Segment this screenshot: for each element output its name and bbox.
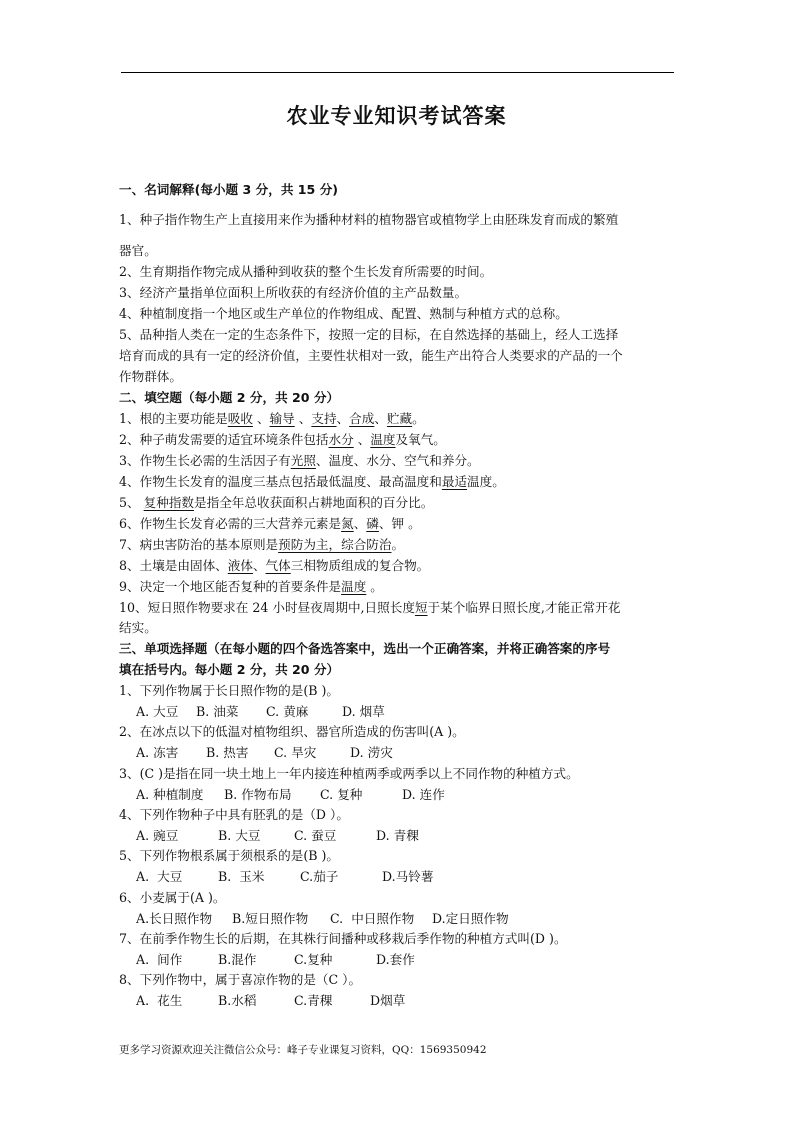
question-text: 8、土壤是由固体、 [119, 558, 228, 573]
definition-item-cont: 器官。 [119, 243, 157, 259]
section-heading-2: 二、填空题（每小题 2 分，共 20 分） [119, 390, 339, 406]
answer-blank: 磷 [366, 516, 379, 531]
question-text: 及氧气。 [396, 432, 446, 447]
option: B. 大豆 [218, 828, 294, 844]
question-text: 3、作物生长必需的生活因子有 [119, 453, 291, 468]
question-text: 是指全年总收获面积占耕地面积的百分比。 [194, 495, 433, 510]
separator: 、 [253, 411, 270, 426]
option: A. 间作 [136, 952, 218, 968]
mc-options: A. 冻害B. 热害C. 旱灾D. 涝灾 [136, 745, 393, 761]
mc-options: A. 花生B.水稻C.青稞D烟草 [136, 993, 405, 1009]
option: A.长日照作物 [136, 911, 232, 927]
answer-blank: 合成 [349, 411, 374, 426]
mc-question: 4、下列作物种子中具有胚乳的是（D ）。 [119, 807, 349, 823]
definition-emphasis: 器官或植物学上由胚珠发育而成的 [404, 212, 593, 227]
answer-blank: 贮藏 [387, 411, 412, 426]
option: D.马铃薯 [382, 869, 433, 885]
option: A. 大豆 [136, 704, 196, 720]
option: D. 青稞 [376, 828, 419, 844]
section-heading-1: 一、名词解释(每小题 3 分，共 15 分) [119, 182, 338, 198]
question-text: 。 [412, 411, 425, 426]
option: D. 烟草 [342, 704, 385, 720]
mc-question: 2、在冰点以下的低温对植物组织、器官所造成的伤害叫(A )。 [119, 724, 465, 740]
question-text: 、钾 。 [379, 516, 421, 531]
fill-blank-item: 7、病虫害防治的基本原则是预防为主，综合防治。 [119, 537, 404, 553]
answer-blank: 输导 [270, 411, 295, 426]
question-text: 4、作物生长发育的温度三基点包括最低温度、最高温度和 [119, 474, 442, 489]
answer-blank: 光照 [291, 453, 316, 468]
header-rule [121, 72, 674, 73]
option: C. 旱灾 [274, 745, 350, 761]
mc-options: A. 大豆B. 玉米C.茄子D.马铃薯 [136, 869, 433, 885]
definition-text: 繁殖 [593, 212, 618, 227]
option: A. 豌豆 [136, 828, 218, 844]
answer-blank: 预防为主，综合防治 [278, 537, 391, 552]
definition-item-cont: 培育而成的具有一定的经济价值，主要性状相对一致，能生产出符合人类要求的产品的一个 [119, 348, 623, 364]
mc-options: A. 豌豆B. 大豆C. 蚕豆D. 青稞 [136, 828, 419, 844]
option: A. 冻害 [136, 745, 206, 761]
question-text: 于某个临界日照长度,才能正常开花 [428, 600, 621, 615]
fill-blank-item: 2、种子萌发需要的适宜环境条件包括水分 、温度及氧气。 [119, 432, 446, 448]
option: D.定日照作物 [432, 911, 509, 927]
question-text: 。 [391, 537, 404, 552]
definition-item: 1、种子指作物生产上直接用来作为播种材料的植物器官或植物学上由胚珠发育而成的繁殖 [119, 212, 618, 228]
definition-text: 1、种子指作物生产上直接用来作为播种材料的植物 [119, 212, 404, 227]
option: A. 种植制度 [136, 787, 224, 803]
section-heading-3-cont: 填在括号内。每小题 2 分，共 20 分） [119, 662, 339, 678]
option: C. 中日照作物 [330, 911, 432, 927]
option: B.水稻 [218, 993, 294, 1009]
separator: 、 [354, 516, 367, 531]
mc-options: A. 大豆B. 油菜C. 黄麻D. 烟草 [136, 704, 385, 720]
answer-blank: 支持 [311, 411, 336, 426]
option: B. 油菜 [196, 704, 266, 720]
definition-item-cont: 作物群体。 [119, 369, 182, 385]
fill-blank-item: 10、短日照作物要求在 24 小时昼夜周期中,日照长度短于某个临界日照长度,才能… [119, 600, 620, 616]
fill-blank-item: 5、 复种指数是指全年总收获面积占耕地面积的百分比。 [119, 495, 433, 511]
mc-options: A. 间作B.混作C.复种D.套作 [136, 952, 415, 968]
option: B. 热害 [206, 745, 274, 761]
answer-blank: 温度 [370, 432, 395, 447]
separator: 、 [337, 411, 350, 426]
footer-note: 更多学习资源欢迎关注微信公众号：峰子专业课复习资料，QQ：1569350942 [119, 1042, 487, 1057]
option: C.复种 [294, 952, 376, 968]
option: B. 玉米 [218, 869, 300, 885]
mc-options: A.长日照作物B.短日照作物C. 中日照作物D.定日照作物 [136, 911, 509, 927]
option: D. 连作 [402, 787, 445, 803]
option: D.套作 [376, 952, 415, 968]
option: C.茄子 [300, 869, 382, 885]
answer-blank: 最适 [442, 474, 467, 489]
fill-blank-item: 3、作物生长必需的生活因子有光照、温度、水分、空气和养分。 [119, 453, 480, 469]
question-text: 9、决定一个地区能否复种的首要条件是 [119, 579, 341, 594]
question-text: 。 [366, 579, 383, 594]
option: C. 黄麻 [266, 704, 342, 720]
mc-question: 1、下列作物属于长日照作物的是(B )。 [119, 683, 339, 699]
fill-blank-item: 8、土壤是由固体、液体、气体三相物质组成的复合物。 [119, 558, 429, 574]
fill-blank-item: 1、根的主要功能是吸收 、输导 、支持、合成、贮藏。 [119, 411, 425, 427]
fill-blank-item: 6、作物生长发育必需的三大营养元素是氮、磷、钾 。 [119, 516, 421, 532]
option: D. 涝灾 [350, 745, 393, 761]
question-text: 2、种子萌发需要的适宜环境条件包括 [119, 432, 329, 447]
question-text: 5、 [119, 495, 144, 510]
mc-question: 6、小麦属于(A )。 [119, 890, 226, 906]
option: D烟草 [370, 993, 405, 1009]
separator: 、 [354, 432, 371, 447]
answer-blank: 温度 [341, 579, 366, 594]
separator: 、 [374, 411, 387, 426]
separator: 、 [253, 558, 266, 573]
option: B.短日照作物 [232, 911, 330, 927]
answer-blank: 气体 [266, 558, 291, 573]
question-text: 、温度、水分、空气和养分。 [316, 453, 480, 468]
section-heading-3: 三、单项选择题（在每小题的四个备选答案中，选出一个正确答案，并将正确答案的序号 [119, 641, 610, 657]
answer-blank: 吸收 [228, 411, 253, 426]
separator: 、 [295, 411, 312, 426]
option: C.青稞 [294, 993, 370, 1009]
definition-item: 5、品种指人类在一定的生态条件下，按照一定的目标，在自然选择的基础上，经人工选择 [119, 327, 618, 343]
answer-blank: 氮 [341, 516, 354, 531]
definition-item: 3、经济产量指单位面积上所收获的有经济价值的主产品数量。 [119, 285, 467, 301]
mc-question: 8、下列作物中，属于喜凉作物的是（C ）。 [119, 972, 361, 988]
fill-blank-item-cont: 结实。 [119, 620, 157, 636]
answer-blank: 液体 [228, 558, 253, 573]
question-text: 6、作物生长发育必需的三大营养元素是 [119, 516, 341, 531]
mc-question: 3、(C )是指在同一块土地上一年内接连种植两季或两季以上不同作物的种植方式。 [119, 766, 579, 782]
answer-blank: 短 [415, 600, 428, 615]
answer-blank: 水分 [329, 432, 354, 447]
question-text: 10、短日照作物要求在 24 小时昼夜周期中,日照长度 [119, 600, 415, 615]
question-text: 三相物质组成的复合物。 [291, 558, 430, 573]
option: C. 复种 [320, 787, 402, 803]
document-title: 农业专业知识考试答案 [0, 100, 793, 130]
mc-options: A. 种植制度B. 作物布局C. 复种D. 连作 [136, 787, 445, 803]
option: A. 大豆 [136, 869, 218, 885]
mc-question: 7、在前季作物生长的后期，在其株行间播种或移栽后季作物的种植方式叫(D )。 [119, 931, 567, 947]
question-text: 7、病虫害防治的基本原则是 [119, 537, 278, 552]
fill-blank-item: 9、决定一个地区能否复种的首要条件是温度 。 [119, 579, 383, 595]
definition-item: 2、生育期指作物完成从播种到收获的整个生长发育所需要的时间。 [119, 264, 492, 280]
option: C. 蚕豆 [294, 828, 376, 844]
option: A. 花生 [136, 993, 218, 1009]
fill-blank-item: 4、作物生长发育的温度三基点包括最低温度、最高温度和最适温度。 [119, 474, 505, 490]
answer-blank: 复种指数 [144, 495, 194, 510]
option: B. 作物布局 [224, 787, 320, 803]
question-text: 1、根的主要功能是 [119, 411, 228, 426]
option: B.混作 [218, 952, 294, 968]
mc-question: 5、下列作物根系属于须根系的是(B )。 [119, 848, 339, 864]
definition-item: 4、种植制度指一个地区或生产单位的作物组成、配置、熟制与种植方式的总称。 [119, 306, 568, 322]
question-text: 温度。 [467, 474, 505, 489]
